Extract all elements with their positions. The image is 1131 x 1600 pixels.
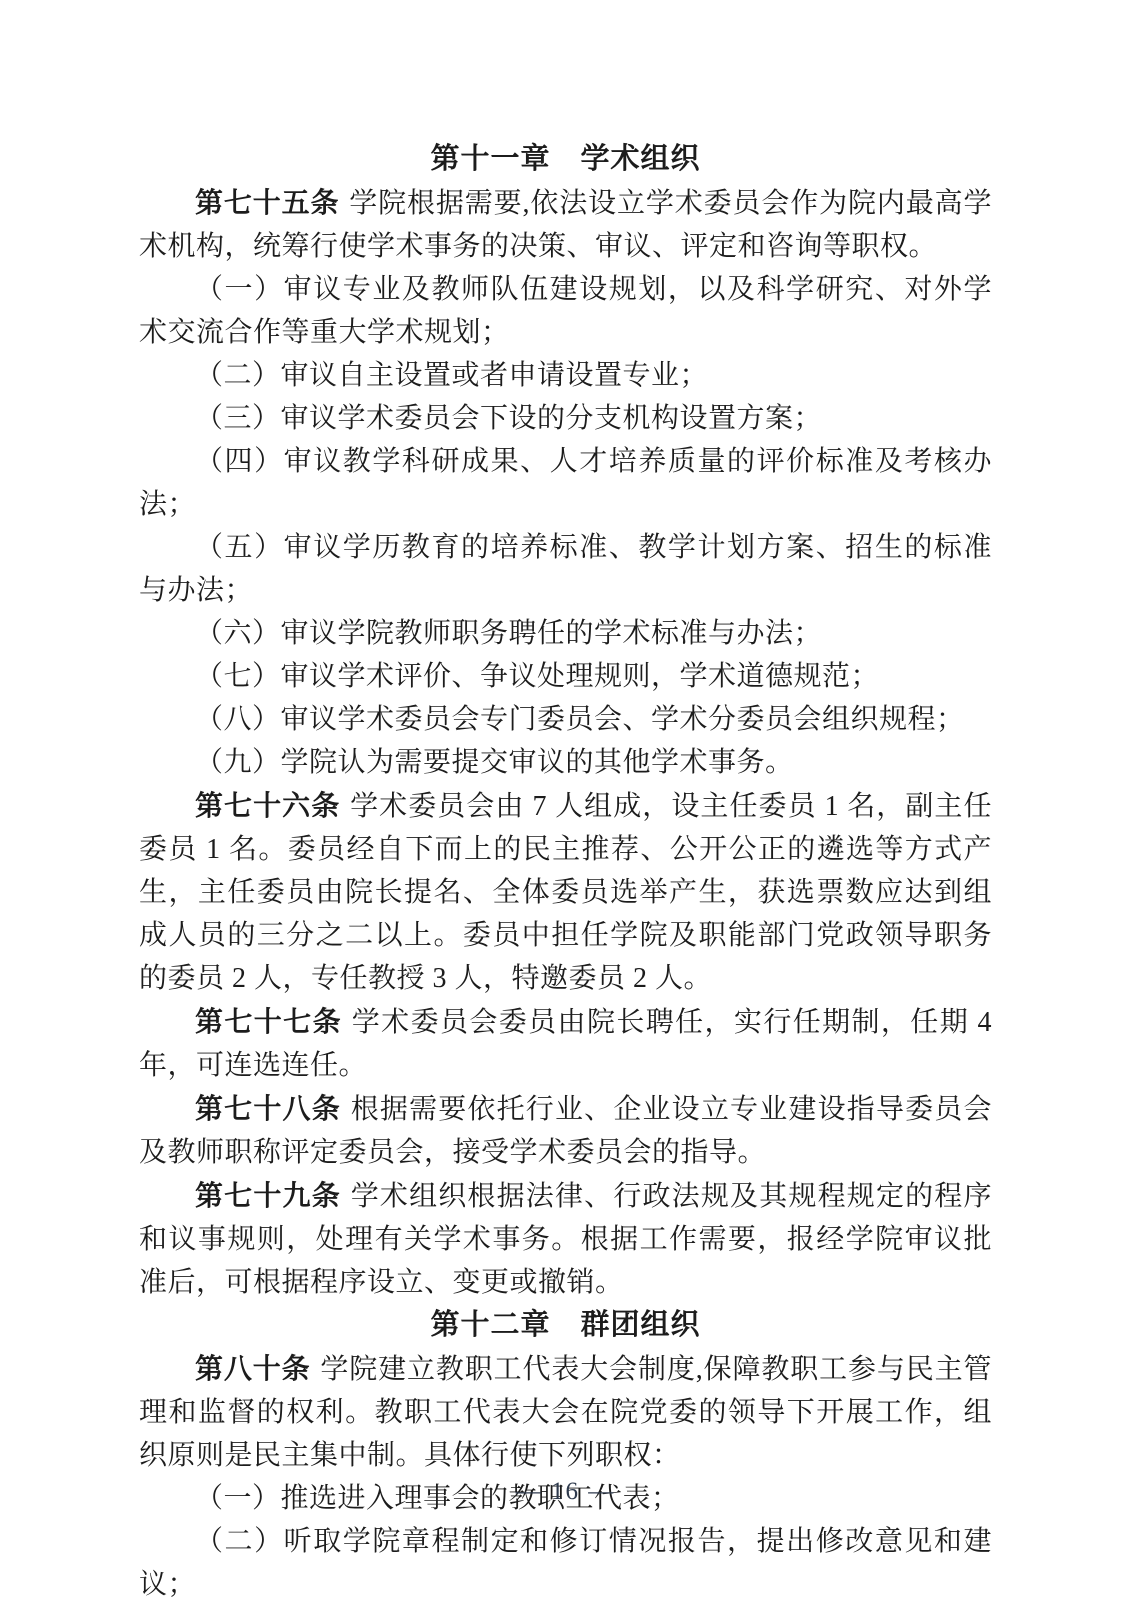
list-item-75-4: （四）审议教学科研成果、人才培养质量的评价标准及考核办法； [139, 440, 992, 526]
article-80-number: 第八十条 [195, 1353, 311, 1384]
list-item-75-8: （八）审议学术委员会专门委员会、学术分委员会组织规程； [139, 698, 992, 741]
list-item-75-2: （二）审议自主设置或者申请设置专业； [139, 354, 992, 397]
list-item-75-3: （三）审议学术委员会下设的分支机构设置方案； [139, 397, 992, 440]
list-item-75-1: （一）审议专业及教师队伍建设规划，以及科学研究、对外学术交流合作等重大学术规划； [139, 268, 992, 354]
list-item-75-5: （五）审议学历教育的培养标准、教学计划方案、招生的标准与办法； [139, 526, 992, 612]
article-77: 第七十七条学术委员会委员由院长聘任，实行任期制，任期 4 年，可连选连任。 [139, 1000, 992, 1087]
article-79: 第七十九条学术组织根据法律、行政法规及其规程规定的程序和议事规则，处理有关学术事… [139, 1174, 992, 1304]
article-76: 第七十六条学术委员会由 7 人组成，设主任委员 1 名，副主任委员 1 名。委员… [139, 784, 992, 1000]
article-75: 第七十五条学院根据需要,依法设立学术委员会作为院内最高学术机构，统筹行使学术事务… [139, 181, 992, 268]
document-content: 第十一章 学术组织 第七十五条学院根据需要,依法设立学术委员会作为院内最高学术机… [139, 138, 992, 1600]
article-79-number: 第七十九条 [195, 1180, 341, 1211]
list-item-75-9: （九）学院认为需要提交审议的其他学术事务。 [139, 741, 992, 784]
chapter-heading-12: 第十二章 群团组织 [139, 1304, 992, 1347]
page-number: — 16 — [0, 1478, 1131, 1506]
article-76-number: 第七十六条 [195, 790, 340, 821]
article-80: 第八十条学院建立教职工代表大会制度,保障教职工参与民主管理和监督的权利。教职工代… [139, 1347, 992, 1477]
chapter-heading-11: 第十一章 学术组织 [139, 138, 992, 181]
list-item-80-2: （二）听取学院章程制定和修订情况报告，提出修改意见和建议； [139, 1520, 992, 1600]
article-78: 第七十八条根据需要依托行业、企业设立专业建设指导委员会及教师职称评定委员会，接受… [139, 1087, 992, 1174]
list-item-75-6: （六）审议学院教师职务聘任的学术标准与办法； [139, 612, 992, 655]
list-item-75-7: （七）审议学术评价、争议处理规则，学术道德规范； [139, 655, 992, 698]
article-77-number: 第七十七条 [195, 1006, 342, 1037]
article-78-number: 第七十八条 [195, 1093, 341, 1124]
document-page: 第十一章 学术组织 第七十五条学院根据需要,依法设立学术委员会作为院内最高学术机… [0, 0, 1131, 1600]
article-76-text: 学术委员会由 7 人组成，设主任委员 1 名，副主任委员 1 名。委员经自下而上… [139, 791, 992, 994]
article-75-number: 第七十五条 [195, 187, 339, 218]
